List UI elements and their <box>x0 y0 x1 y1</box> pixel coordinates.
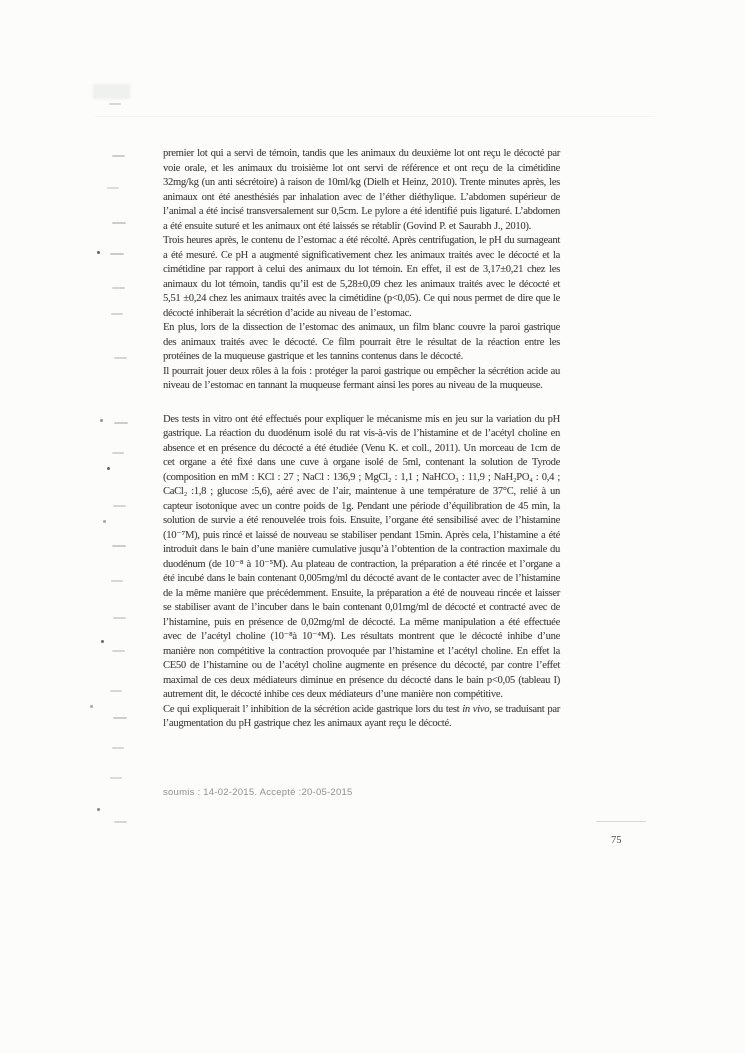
scan-mark <box>101 640 104 643</box>
scan-mark <box>97 251 100 254</box>
scan-streak <box>95 116 655 117</box>
scan-mark <box>110 253 124 255</box>
text-run: premier lot qui a servi de témoin, tandi… <box>163 148 560 232</box>
paragraph: Ce qui expliquerait l’ inhibition de la … <box>163 703 560 732</box>
scan-mark <box>107 467 110 470</box>
text-run: Il pourrait jouer deux rôles à la fois :… <box>163 366 560 392</box>
scan-mark <box>111 313 123 315</box>
paragraph: En plus, lors de la dissection de l’esto… <box>163 321 560 365</box>
text-run: Des tests in vitro ont été effectués pou… <box>163 414 560 701</box>
scan-mark <box>113 717 127 719</box>
article-body: premier lot qui a servi de témoin, tandi… <box>163 147 560 732</box>
scan-mark <box>112 545 126 547</box>
scan-mark <box>114 821 127 823</box>
scan-mark <box>103 520 106 523</box>
scan-smudge <box>93 84 130 99</box>
scan-mark <box>112 155 125 157</box>
paragraph: Il pourrait jouer deux rôles à la fois :… <box>163 365 560 394</box>
paragraph: Des tests in vitro ont été effectués pou… <box>163 413 560 703</box>
scan-mark <box>114 422 128 424</box>
scan-mark <box>109 103 121 105</box>
text-run: Trois heures après, le contenu de l’esto… <box>163 235 560 319</box>
scan-mark <box>100 419 103 422</box>
text-run: Ce qui expliquerait l’ inhibition de la … <box>163 704 462 715</box>
scan-mark <box>111 580 123 582</box>
submission-dates: soumis : 14-02-2015. Accepté :20-05-2015 <box>163 787 353 798</box>
scan-mark <box>113 617 126 619</box>
scan-mark <box>97 808 100 811</box>
scan-mark <box>113 505 126 507</box>
footer-rule <box>596 821 646 822</box>
scan-mark <box>112 222 126 224</box>
scanned-page: premier lot qui a servi de témoin, tandi… <box>0 0 745 1053</box>
text-run: in vivo <box>462 704 489 715</box>
scan-mark <box>112 650 125 652</box>
scan-mark <box>110 690 122 692</box>
scan-mark <box>90 705 93 708</box>
paragraph: Trois heures après, le contenu de l’esto… <box>163 234 560 321</box>
text-run: En plus, lors de la dissection de l’esto… <box>163 322 560 362</box>
scan-mark <box>112 747 124 749</box>
page-number: 75 <box>611 835 622 846</box>
scan-mark <box>107 187 119 189</box>
scan-mark <box>110 777 122 779</box>
paragraph: premier lot qui a servi de témoin, tandi… <box>163 147 560 234</box>
scan-mark <box>114 357 127 359</box>
scan-mark <box>112 452 124 454</box>
scan-mark <box>112 287 125 289</box>
